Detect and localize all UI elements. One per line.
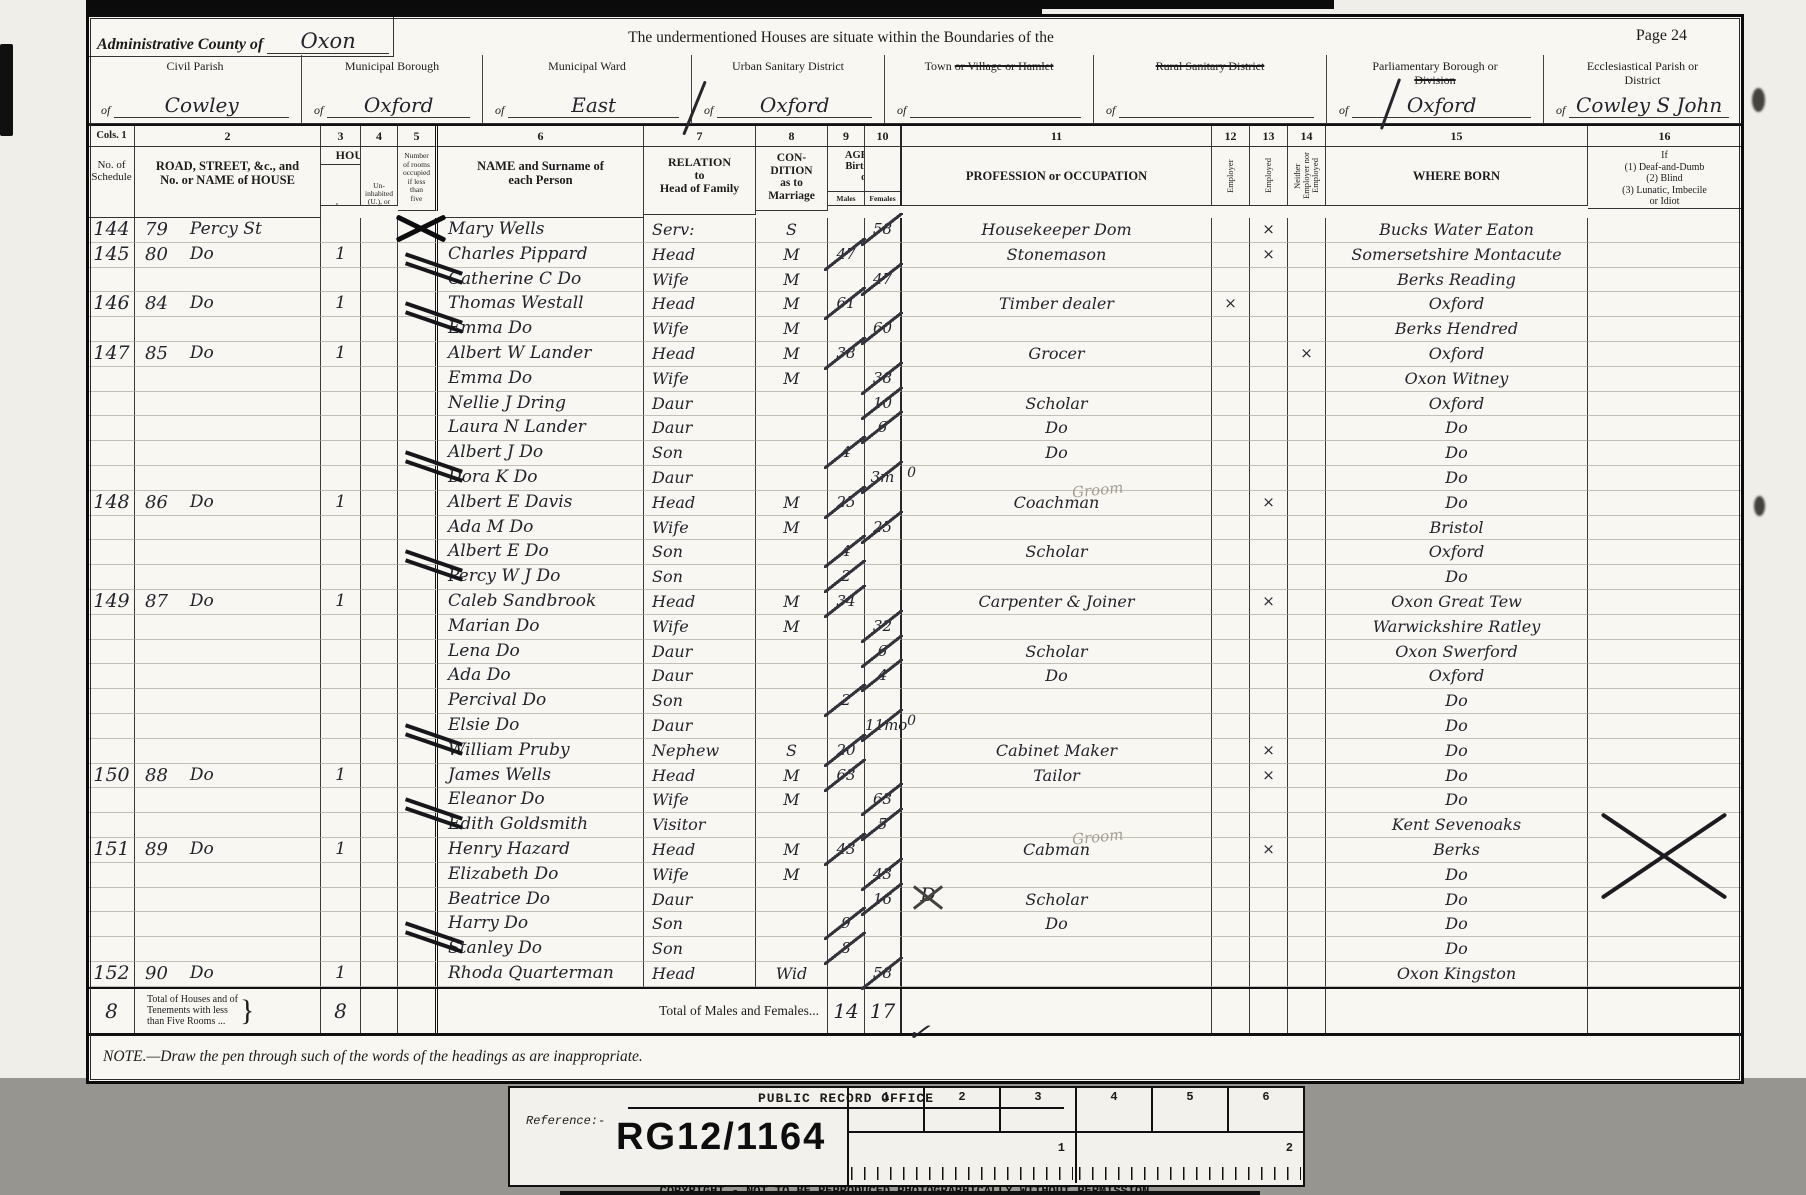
of-word: of [1339,103,1348,118]
schedule-cell [89,912,135,937]
age-male-cell [828,392,865,417]
address-cell [135,714,321,739]
uninhabited-cell [361,416,398,441]
employer-cell [1212,912,1250,937]
employed-cell [1250,367,1288,392]
rooms-cell [398,367,438,392]
age-female-cell [865,491,902,516]
relation-cell: Wife [644,317,756,342]
neither-cell [1288,788,1326,813]
employer-cell [1212,392,1250,417]
page-number: Page 24 [1636,27,1687,45]
condition-cell: M [756,342,828,367]
rooms-cell [398,292,438,317]
employed-cell [1250,392,1288,417]
street-name: Do [190,590,214,613]
pencil-annotation: Groom [1071,823,1125,851]
address-text: 86Do [135,491,320,514]
relation-cell: Daur [644,466,756,491]
neither-cell [1288,838,1326,863]
address-cell [135,317,321,342]
age-male-cell [828,788,865,813]
name-cell: Charles Pippard [438,243,644,268]
column-number-row: Cols. 12345678910111213141516 [89,124,1741,147]
address-cell [135,416,321,441]
infirmity-cell [1588,838,1741,863]
uninhabited-cell [361,590,398,615]
condition-cell: M [756,615,828,640]
col-number: 13 [1250,126,1288,147]
schedule-cell [89,640,135,665]
rooms-cell [398,739,438,764]
admin-county-label: Administrative County of [97,36,263,54]
uninhabited-cell [361,540,398,565]
rooms-cell [398,664,438,689]
infirmity-cell [1588,590,1741,615]
rooms-cell [398,788,438,813]
relation-cell: Daur [644,640,756,665]
district-cell: Municipal BoroughofOxford [302,55,483,123]
header-uninhabited: Un- inhabited (U.), or Building (B.) [361,147,398,206]
name-cell: Emma Do [438,367,644,392]
name-cell: Catherine C Do [438,268,644,293]
infirmity-cell [1588,962,1741,987]
infirmity-cell [1588,243,1741,268]
rooms-cell [398,516,438,541]
condition-cell: M [756,491,828,516]
relation-cell: Son [644,912,756,937]
born-cell: Berks [1326,838,1588,863]
born-cell: Do [1326,689,1588,714]
district-cell: Civil ParishofCowley [89,55,302,123]
street-name: Do [190,962,214,985]
address-text: 87Do [135,590,320,613]
rooms-cell [398,491,438,516]
col-number: 16 [1588,126,1741,147]
col-number: 3 [321,126,361,147]
col-number: 4 [361,126,398,147]
neither-cell [1288,565,1326,590]
schedule-cell [89,937,135,962]
uninhabited-cell [361,243,398,268]
ruler-number: 3 [1001,1088,1077,1131]
house-number: 80 [145,243,168,266]
rooms-cell [398,416,438,441]
inhabited-cell [321,813,361,838]
schedule-cell: 148 [89,491,135,516]
schedule-cell: 146 [89,292,135,317]
age-female-cell [865,689,902,714]
address-cell [135,739,321,764]
rooms-cell [398,466,438,491]
age-female-cell [865,565,902,590]
born-cell: Do [1326,416,1588,441]
born-cell: Do [1326,565,1588,590]
neither-cell [1288,640,1326,665]
rooms-cell [398,838,438,863]
employer-cell [1212,937,1250,962]
age-male-cell: 9 [828,912,865,937]
employed-cell [1250,615,1288,640]
name-cell: Ada M Do [438,516,644,541]
occupation-cell: Housekeeper Dom [902,218,1212,243]
house-number: 87 [145,590,168,613]
district-label: Rural Sanitary District [1094,60,1326,74]
district-value: Cowley S John [1569,93,1729,118]
name-cell: James Wells [438,764,644,789]
header-name-surname: NAME and Surname of each Person [438,147,644,218]
district-cell: Ecclesiastical Parish orDistrictofCowley… [1544,55,1741,123]
ruler: 123456 12 [847,1088,1303,1185]
hole-punch-mark [1754,496,1765,516]
uninhabited-cell [361,615,398,640]
infirmity-cell [1588,788,1741,813]
address-cell [135,565,321,590]
condition-cell [756,689,828,714]
infirmity-cell [1588,937,1741,962]
employer-cell [1212,863,1250,888]
district-label: Municipal Borough [302,60,482,74]
rooms-cell [398,888,438,913]
schedule-cell [89,615,135,640]
infirmity-cell [1588,689,1741,714]
infirmity-cell [1588,912,1741,937]
district-cell: Parliamentary Borough orDivisionofOxford [1327,55,1544,123]
born-cell: Oxon Kingston [1326,962,1588,987]
inhabited-cell [321,516,361,541]
condition-cell [756,937,828,962]
header-age-banner: AGE last Birthday of [828,150,865,183]
inhabited-cell [321,640,361,665]
infirmity-cell [1588,466,1741,491]
header-schedule: No. of Schedule [89,147,135,218]
condition-cell: M [756,863,828,888]
infirmity-cell [1588,863,1741,888]
uninhabited-cell [361,367,398,392]
occupation-cell: Do [902,416,1212,441]
employer-cell [1212,838,1250,863]
relation-cell: Head [644,243,756,268]
totals-males: 14 [828,989,865,1033]
name-cell: Emma Do [438,317,644,342]
employed-cell [1250,441,1288,466]
employer-cell [1212,243,1250,268]
address-cell [135,813,321,838]
ruler-number: 1 [849,1088,925,1131]
relation-cell: Wife [644,615,756,640]
col-number: 7 [644,126,756,147]
rooms-cell [398,342,438,367]
relation-cell: Daur [644,416,756,441]
neither-cell [1288,937,1326,962]
employer-cell [1212,962,1250,987]
age-female-cell: 16 [865,888,902,913]
house-number: 89 [145,838,168,861]
occupation-cell: Grocer [902,342,1212,367]
neither-cell [1288,590,1326,615]
condition-cell [756,466,828,491]
employed-cell [1250,813,1288,838]
inhabited-cell [321,615,361,640]
infirmity-cell [1588,292,1741,317]
employed-cell [1250,540,1288,565]
employer-cell [1212,888,1250,913]
neither-cell [1288,317,1326,342]
reference-label: Reference:- [526,1114,605,1128]
address-text: 89Do [135,838,320,861]
relation-cell: Head [644,491,756,516]
name-cell: Mary Wells [438,218,644,243]
occupation-cell [902,516,1212,541]
district-label: Civil Parish [89,60,301,74]
rooms-cell [398,640,438,665]
condition-cell: M [756,243,828,268]
age-male-cell: 47 [828,243,865,268]
name-cell: Stanley Do [438,937,644,962]
district-entry: of [885,93,1093,123]
district-value: Oxford [717,93,872,118]
address-cell [135,912,321,937]
schedule-cell [89,714,135,739]
district-entry: ofCowley [89,93,301,123]
address-cell: 90Do [135,962,321,987]
name-cell: Harry Do [438,912,644,937]
name-cell: William Pruby [438,739,644,764]
relation-cell: Head [644,962,756,987]
occupation-cell: Scholar [902,540,1212,565]
address-cell: 89Do [135,838,321,863]
age-female-cell: 25 [865,516,902,541]
inhabited-cell [321,565,361,590]
infirmity-cell [1588,565,1741,590]
county-heading-row: Administrative County of Oxon The underm… [89,17,1741,55]
age-male-cell: 25 [828,491,865,516]
age-female-cell: 60 [865,317,902,342]
condition-cell: M [756,764,828,789]
neither-cell [1288,615,1326,640]
rooms-cell [398,392,438,417]
uninhabited-cell [361,342,398,367]
schedule-cell [89,367,135,392]
condition-cell: S [756,739,828,764]
census-form: Administrative County of Oxon The underm… [86,14,1744,1084]
occupation-cell [902,937,1212,962]
infirmity-cell [1588,392,1741,417]
address-cell [135,937,321,962]
neither-cell: × [1288,342,1326,367]
born-cell: Bristol [1326,516,1588,541]
district-label: Town or Village or Hamlet [885,60,1093,74]
age-male-cell: 34 [828,590,865,615]
neither-cell [1288,863,1326,888]
infirmity-cell [1588,640,1741,665]
inhabited-cell: 1 [321,342,361,367]
col-number: 2 [135,126,321,147]
col-number: 6 [438,126,644,147]
employer-cell [1212,367,1250,392]
rooms-cell [398,243,438,268]
name-cell: Beatrice Do [438,888,644,913]
inhabited-cell [321,912,361,937]
schedule-cell: 151 [89,838,135,863]
relation-cell: Daur [644,888,756,913]
uninhabited-cell [361,739,398,764]
age-male-cell: 2 [828,689,865,714]
ruler-number: 2 [925,1088,1001,1131]
district-entry: ofOxford [1327,93,1543,123]
neither-cell [1288,664,1326,689]
occupation-cell [902,714,1212,739]
age-female-cell: 63 [865,788,902,813]
scan-artifact-bottom-bar [560,1191,1260,1195]
name-cell: Ada Do [438,664,644,689]
relation-cell: Head [644,342,756,367]
header-where-born: WHERE BORN [1326,147,1588,206]
born-cell: Do [1326,764,1588,789]
age-female-cell: 3m0 [865,466,902,491]
name-cell: Eleanor Do [438,788,644,813]
address-cell [135,689,321,714]
inhabited-cell [321,863,361,888]
address-cell [135,268,321,293]
employer-cell [1212,788,1250,813]
uninhabited-cell [361,788,398,813]
age-female-cell: 6 [865,640,902,665]
rooms-cell [398,590,438,615]
name-cell: Marian Do [438,615,644,640]
header-neither: Neither Employer nor Employed [1288,147,1326,206]
uninhabited-cell [361,863,398,888]
born-cell: Warwickshire Ratley [1326,615,1588,640]
inhabited-cell [321,392,361,417]
name-cell: Albert E Davis [438,491,644,516]
district-entry: ofOxford [692,93,884,123]
schedule-cell [89,317,135,342]
name-cell: Thomas Westall [438,292,644,317]
address-cell: 85Do [135,342,321,367]
occupation-cell [902,615,1212,640]
relation-cell: Nephew [644,739,756,764]
inhabited-cell [321,664,361,689]
inhabited-cell: 1 [321,491,361,516]
name-cell: Henry Hazard [438,838,644,863]
age-male-cell [828,416,865,441]
neither-cell [1288,912,1326,937]
ruler-number: 1 [1058,1141,1065,1155]
age-female-cell: 32 [865,615,902,640]
name-cell: Laura N Lander [438,416,644,441]
relation-cell: Son [644,540,756,565]
neither-cell [1288,218,1326,243]
age-male-cell [828,466,865,491]
street-name: Do [190,292,214,315]
born-cell: Oxford [1326,664,1588,689]
neither-cell [1288,888,1326,913]
infirmity-cell [1588,317,1741,342]
rooms-cell [398,317,438,342]
neither-cell [1288,243,1326,268]
header-condition: CON- DITION as to Marriage [756,147,828,211]
neither-cell [1288,416,1326,441]
infirmity-cell [1588,218,1741,243]
hole-punch-mark [1752,88,1765,112]
rooms-cell [398,813,438,838]
rooms-cell [398,565,438,590]
infirmity-cell [1588,813,1741,838]
ruler-bottom-scale: 12 [849,1133,1303,1183]
col-number: 11 [902,126,1212,147]
age-female-cell [865,441,902,466]
condition-cell: M [756,516,828,541]
name-cell: Albert W Lander [438,342,644,367]
employed-cell: × [1250,491,1288,516]
schedule-cell [89,863,135,888]
uninhabited-cell [361,764,398,789]
occupation-cell: Do [902,912,1212,937]
schedule-cell [89,888,135,913]
born-cell: Oxford [1326,540,1588,565]
employer-cell [1212,689,1250,714]
schedule-cell: 149 [89,590,135,615]
address-text: 79Percy St [135,218,320,241]
age-male-cell [828,268,865,293]
occupation-cell [902,788,1212,813]
condition-cell [756,640,828,665]
age-female-cell: 58 [865,218,902,243]
employed-cell: × [1250,739,1288,764]
ruler-half: 1 [849,1133,1077,1183]
employed-cell [1250,962,1288,987]
district-entry: of [1094,93,1326,123]
ruler-number: 2 [1286,1141,1293,1155]
district-entry: ofEast [483,93,691,123]
age-male-cell [828,664,865,689]
neither-cell [1288,367,1326,392]
address-cell: 88Do [135,764,321,789]
name-cell: Elsie Do [438,714,644,739]
schedule-cell: 150 [89,764,135,789]
uninhabited-cell [361,838,398,863]
totals-inhabited: 8 [321,989,361,1033]
age-female-cell [865,764,902,789]
born-cell: Do [1326,714,1588,739]
condition-cell [756,664,828,689]
infirmity-cell [1588,664,1741,689]
employer-cell [1212,590,1250,615]
inhabited-cell [321,540,361,565]
schedule-cell: 152 [89,962,135,987]
address-cell: 84Do [135,292,321,317]
employed-cell [1250,788,1288,813]
age-female-cell: 11mo0 [865,714,902,739]
born-cell: Do [1326,491,1588,516]
occupation-cell: ScholarD [902,888,1212,913]
relation-cell: Serv: [644,218,756,243]
address-cell [135,888,321,913]
rooms-cell [398,863,438,888]
age-female-cell: 6 [865,416,902,441]
employed-cell [1250,863,1288,888]
born-cell: Oxon Great Tew [1326,590,1588,615]
address-cell: 79Percy St [135,218,321,243]
relation-cell: Wife [644,516,756,541]
header-age-females: Females [865,147,902,206]
infirmity-cell [1588,615,1741,640]
occupation-cell: Do [902,441,1212,466]
inhabited-cell [321,268,361,293]
age-female-cell [865,590,902,615]
employer-cell: × [1212,292,1250,317]
